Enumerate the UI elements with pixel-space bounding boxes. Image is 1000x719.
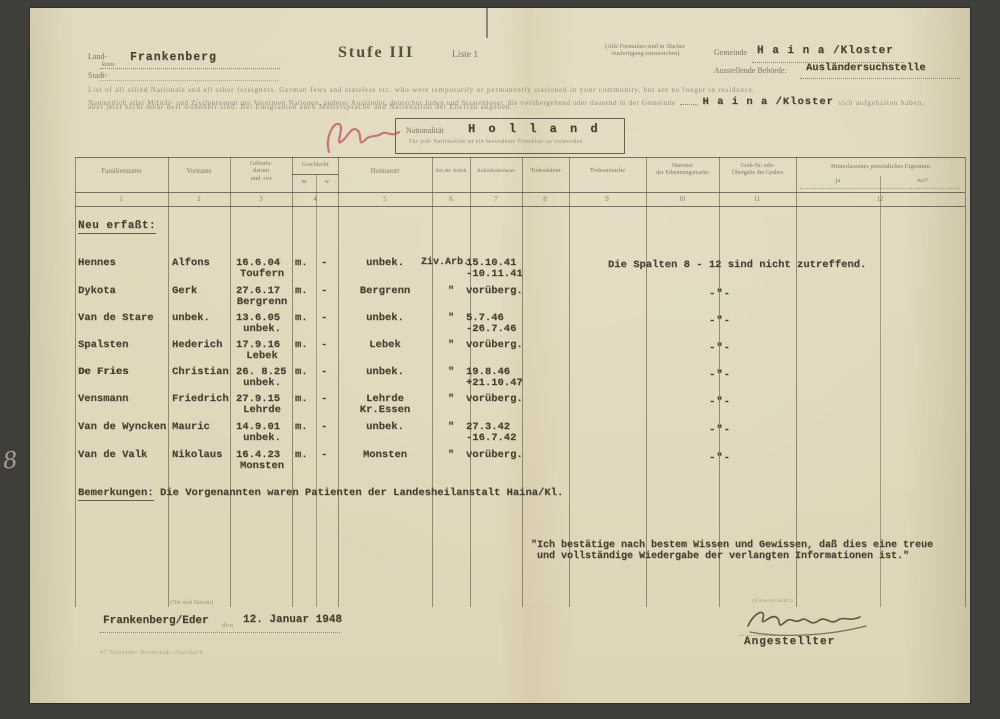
col-header-art-der-arbeit: Art der Arbeit (432, 168, 470, 174)
ditto-mark: -"- (702, 369, 738, 381)
col-number: 12 (860, 195, 900, 203)
place-date-label: (Ort und Datum) (170, 600, 213, 606)
table-row: Van de Wyncken Mauric 14.9.01 unbek. m. … (0, 421, 1000, 445)
cell-sex: m. (295, 449, 308, 461)
copies-note-line1: (Alle Formulare sind in 3facher (578, 43, 712, 50)
cell-sex: m. (295, 285, 308, 297)
cell-home: Lebek (338, 339, 432, 351)
table-row: Hennes Alfons 16.6.04 Toufern m. - unbek… (0, 257, 1000, 281)
cell-stay-to: -26.7.46 (466, 323, 516, 335)
cell-home: unbek. (338, 366, 432, 378)
cell-home-line2: Kr.Essen (338, 404, 432, 416)
cell-surname: Vensmann (78, 393, 128, 405)
col-header-todesursache: Todesursache (569, 167, 646, 174)
cell-work-ditto: " (432, 421, 470, 433)
col-number: 4 (295, 195, 335, 203)
col-header-geburt: Geburts- datum und -ort (230, 160, 292, 182)
cell-work-ditto: " (432, 393, 470, 405)
columns-note: Die Spalten 8 - 12 sind nicht zutreffend… (608, 259, 866, 271)
den-label: den (222, 622, 234, 629)
col-number: 1 (101, 195, 141, 203)
col-header-eigentum-wo: wo? (880, 177, 965, 184)
cell-firstname: unbek. (172, 312, 210, 324)
kreis-value: Frankenberg (130, 51, 217, 64)
cell-firstname: Friedrich (172, 393, 229, 405)
cell-stay-from: vorüberg. (466, 393, 523, 405)
nationality-value: H o l l a n d (468, 122, 601, 136)
col-number: 2 (179, 195, 219, 203)
col-header-familienname: Familienname (75, 167, 168, 175)
col-header-geschlecht-w: w (316, 178, 338, 185)
col-number: 8 (525, 195, 565, 203)
cell-birthplace: unbek. (230, 432, 294, 444)
cell-home: unbek. (338, 421, 432, 433)
remarks-text: Die Vorgenannten waren Patienten der Lan… (160, 487, 563, 499)
table-row: Van de Valk Nikolaus 16.4.23 Monsten m. … (0, 449, 1000, 473)
behoerde-value: Ausländersuchstelle (806, 62, 926, 74)
col-header-geschlecht: Geschlecht (292, 162, 338, 169)
scanned-document-page: { "window": { "surround_color": "#3e3e3b… (0, 0, 1000, 719)
cell-work: Ziv.Arb. (421, 257, 469, 268)
col-number: 3 (241, 195, 281, 203)
dotted-line (680, 103, 698, 105)
cell-stay-from: vorüberg. (466, 285, 523, 297)
cell-sex: m. (295, 393, 308, 405)
cell-w-dash: - (321, 449, 327, 461)
cell-stay-to: -10.11.41 (466, 268, 523, 280)
col-number: 6 (431, 195, 471, 203)
ditto-mark: -"- (702, 396, 738, 408)
cell-surname: Dykota (78, 285, 116, 297)
col-number: 5 (365, 195, 405, 203)
col-header-line: der Erkennungsmarke (646, 170, 719, 177)
fold-crease (486, 8, 488, 38)
cell-sex: m. (295, 366, 308, 378)
section-heading: Neu erfaßt: (78, 220, 156, 234)
copies-note-line2: Ausfertigung einzureichen) (578, 50, 712, 57)
cell-w-dash: - (321, 366, 327, 378)
intro-line3: aber jetzt nicht mehr dort wohnhaft sind… (88, 103, 513, 111)
cell-stay-to: -16.7.42 (466, 432, 516, 444)
nationality-note: Für jede Nationalität ist ein besonderes… (409, 139, 583, 145)
intro-line2-suffix: sich aufgehalten haben, (838, 99, 924, 107)
col-header-line: und -ort (230, 175, 292, 182)
cell-home: unbek. (338, 257, 432, 269)
cell-birthplace: Bergrenn (230, 296, 294, 308)
col-header-line: Geburts- (230, 160, 292, 167)
col-header-line: Grab-Nr. oder (719, 163, 796, 170)
cell-surname: De Fries (78, 366, 128, 378)
cell-w-dash: - (321, 285, 327, 297)
col-header-line: datum (230, 167, 292, 174)
col-number: 9 (587, 195, 627, 203)
table-row: Spalsten Hederich 17.9.16 Lebek m. - Leb… (0, 339, 1000, 363)
behoerde-label: Ausstellende Behörde: (714, 66, 787, 75)
col-header-heimatort: Heimatort (338, 167, 432, 175)
table-row: Dykota Gerk 27.6.17 Bergrenn m. - Bergre… (0, 285, 1000, 309)
liste-label: Liste 1 (452, 50, 478, 60)
stufe-title: Stufe III (338, 44, 414, 62)
col-header-erkennungsmarke: Nummer der Erkennungsmarke (646, 163, 719, 177)
cell-w-dash: - (321, 421, 327, 433)
col-header-todesdatum: Todesdatum (522, 167, 569, 174)
ditto-mark: -"- (702, 288, 738, 300)
cell-sex: m. (295, 421, 308, 433)
cell-firstname: Christian (172, 366, 229, 378)
ditto-mark: -"- (702, 315, 738, 327)
cell-stay-from: vorüberg. (466, 449, 523, 461)
table-header-rule (75, 192, 965, 193)
col-header-grab: Grab-Nr. oder Übergabe des Grabes (719, 163, 796, 177)
cell-stay-to: +21.10.47 (466, 377, 523, 389)
cell-birthplace: unbek. (230, 377, 294, 389)
table-top-rule (75, 157, 965, 158)
gender-split-vline (316, 174, 317, 607)
nationality-label: Nationalität (406, 126, 444, 135)
cell-work-ditto: " (432, 312, 470, 324)
gender-sub-rule (292, 174, 338, 175)
ditto-mark: -"- (702, 424, 738, 436)
date-value: 12. Januar 1948 (243, 614, 342, 626)
place-value: Frankenberg/Eder (103, 615, 209, 627)
col-header-line: Übergabe des Grabes (719, 170, 796, 177)
dotted-line (800, 77, 960, 79)
cell-home: unbek. (338, 312, 432, 324)
gemeinde-value: H a i n a /Kloster (757, 45, 894, 57)
col-header-eigentum-ja: ja (796, 177, 880, 184)
cell-firstname: Gerk (172, 285, 197, 297)
cell-sex: m. (295, 257, 308, 269)
cell-work-ditto: " (432, 366, 470, 378)
ditto-mark: -"- (702, 452, 738, 464)
copies-note: (Alle Formulare sind in 3facher Ausferti… (578, 43, 712, 57)
cell-surname: Hennes (78, 257, 116, 269)
cell-birthplace: Monsten (230, 460, 294, 472)
cell-work-ditto: " (432, 449, 470, 461)
cell-firstname: Nikolaus (172, 449, 222, 461)
cell-sex: m. (295, 312, 308, 324)
cell-birthplace: Lebek (230, 350, 294, 362)
cell-stay-from: vorüberg. (466, 339, 523, 351)
col-header-vorname: Vorname (168, 167, 230, 175)
signer-title: Angestellter (744, 636, 835, 648)
remarks-label: Bemerkungen: (78, 487, 154, 501)
cell-work-ditto: " (432, 285, 470, 297)
table-row: De Fries Christian 26. 8.25 unbek. m. - … (0, 366, 1000, 390)
certification-line2: und vollständige Wiedergabe der verlangt… (537, 551, 909, 562)
intro-gemeinde-value: H a i n a /Kloster (703, 96, 834, 108)
dotted-line (100, 631, 340, 633)
cell-w-dash: - (321, 312, 327, 324)
dotted-line (100, 67, 280, 69)
cell-sex: m. (295, 339, 308, 351)
cell-work-ditto: " (432, 339, 470, 351)
certification-line1: "Ich bestätige nach bestem Wissen und Ge… (531, 540, 933, 551)
cell-firstname: Hederich (172, 339, 222, 351)
cell-birthplace: Toufern (230, 268, 294, 280)
printer-imprint: 47 Gebrüder Darmstadt-Auerbach (100, 650, 203, 656)
cell-home: Bergrenn (338, 285, 432, 297)
cell-birthplace: unbek. (230, 323, 294, 335)
table-number-rule (75, 206, 965, 207)
col-header-eigentum: Hinterlassenes persönliches Eigentum (796, 163, 965, 170)
red-pencil-scribble (315, 108, 407, 164)
gemeinde-label: Gemeinde (714, 48, 747, 57)
table-row: Vensmann Friedrich 27.9.15 Lehrde m. - L… (0, 393, 1000, 417)
col-header-line: Nummer (646, 163, 719, 170)
cell-surname: Van de Stare (78, 312, 154, 324)
ditto-mark: -"- (702, 342, 738, 354)
cell-surname: Van de Valk (78, 449, 147, 461)
cell-w-dash: - (321, 339, 327, 351)
cell-surname: Van de Wyncken (78, 421, 166, 433)
cell-w-dash: - (321, 257, 327, 269)
cell-w-dash: - (321, 393, 327, 405)
cell-birthplace: Lehrde (230, 404, 294, 416)
table-row: Van de Stare unbek. 13.6.05 unbek. m. - … (0, 312, 1000, 336)
col-number: 11 (737, 195, 777, 203)
land-label: Land- (88, 52, 107, 61)
col-header-aufenthaltsdauer: Aufenthaltsdauer (470, 168, 522, 174)
col-number: 10 (662, 195, 702, 203)
cell-firstname: Alfons (172, 257, 210, 269)
dotted-line (100, 79, 278, 81)
cell-home: Monsten (338, 449, 432, 461)
col-number: 7 (476, 195, 516, 203)
col-header-geschlecht-m: m (292, 178, 316, 185)
cell-surname: Spalsten (78, 339, 128, 351)
cell-firstname: Mauric (172, 421, 210, 433)
